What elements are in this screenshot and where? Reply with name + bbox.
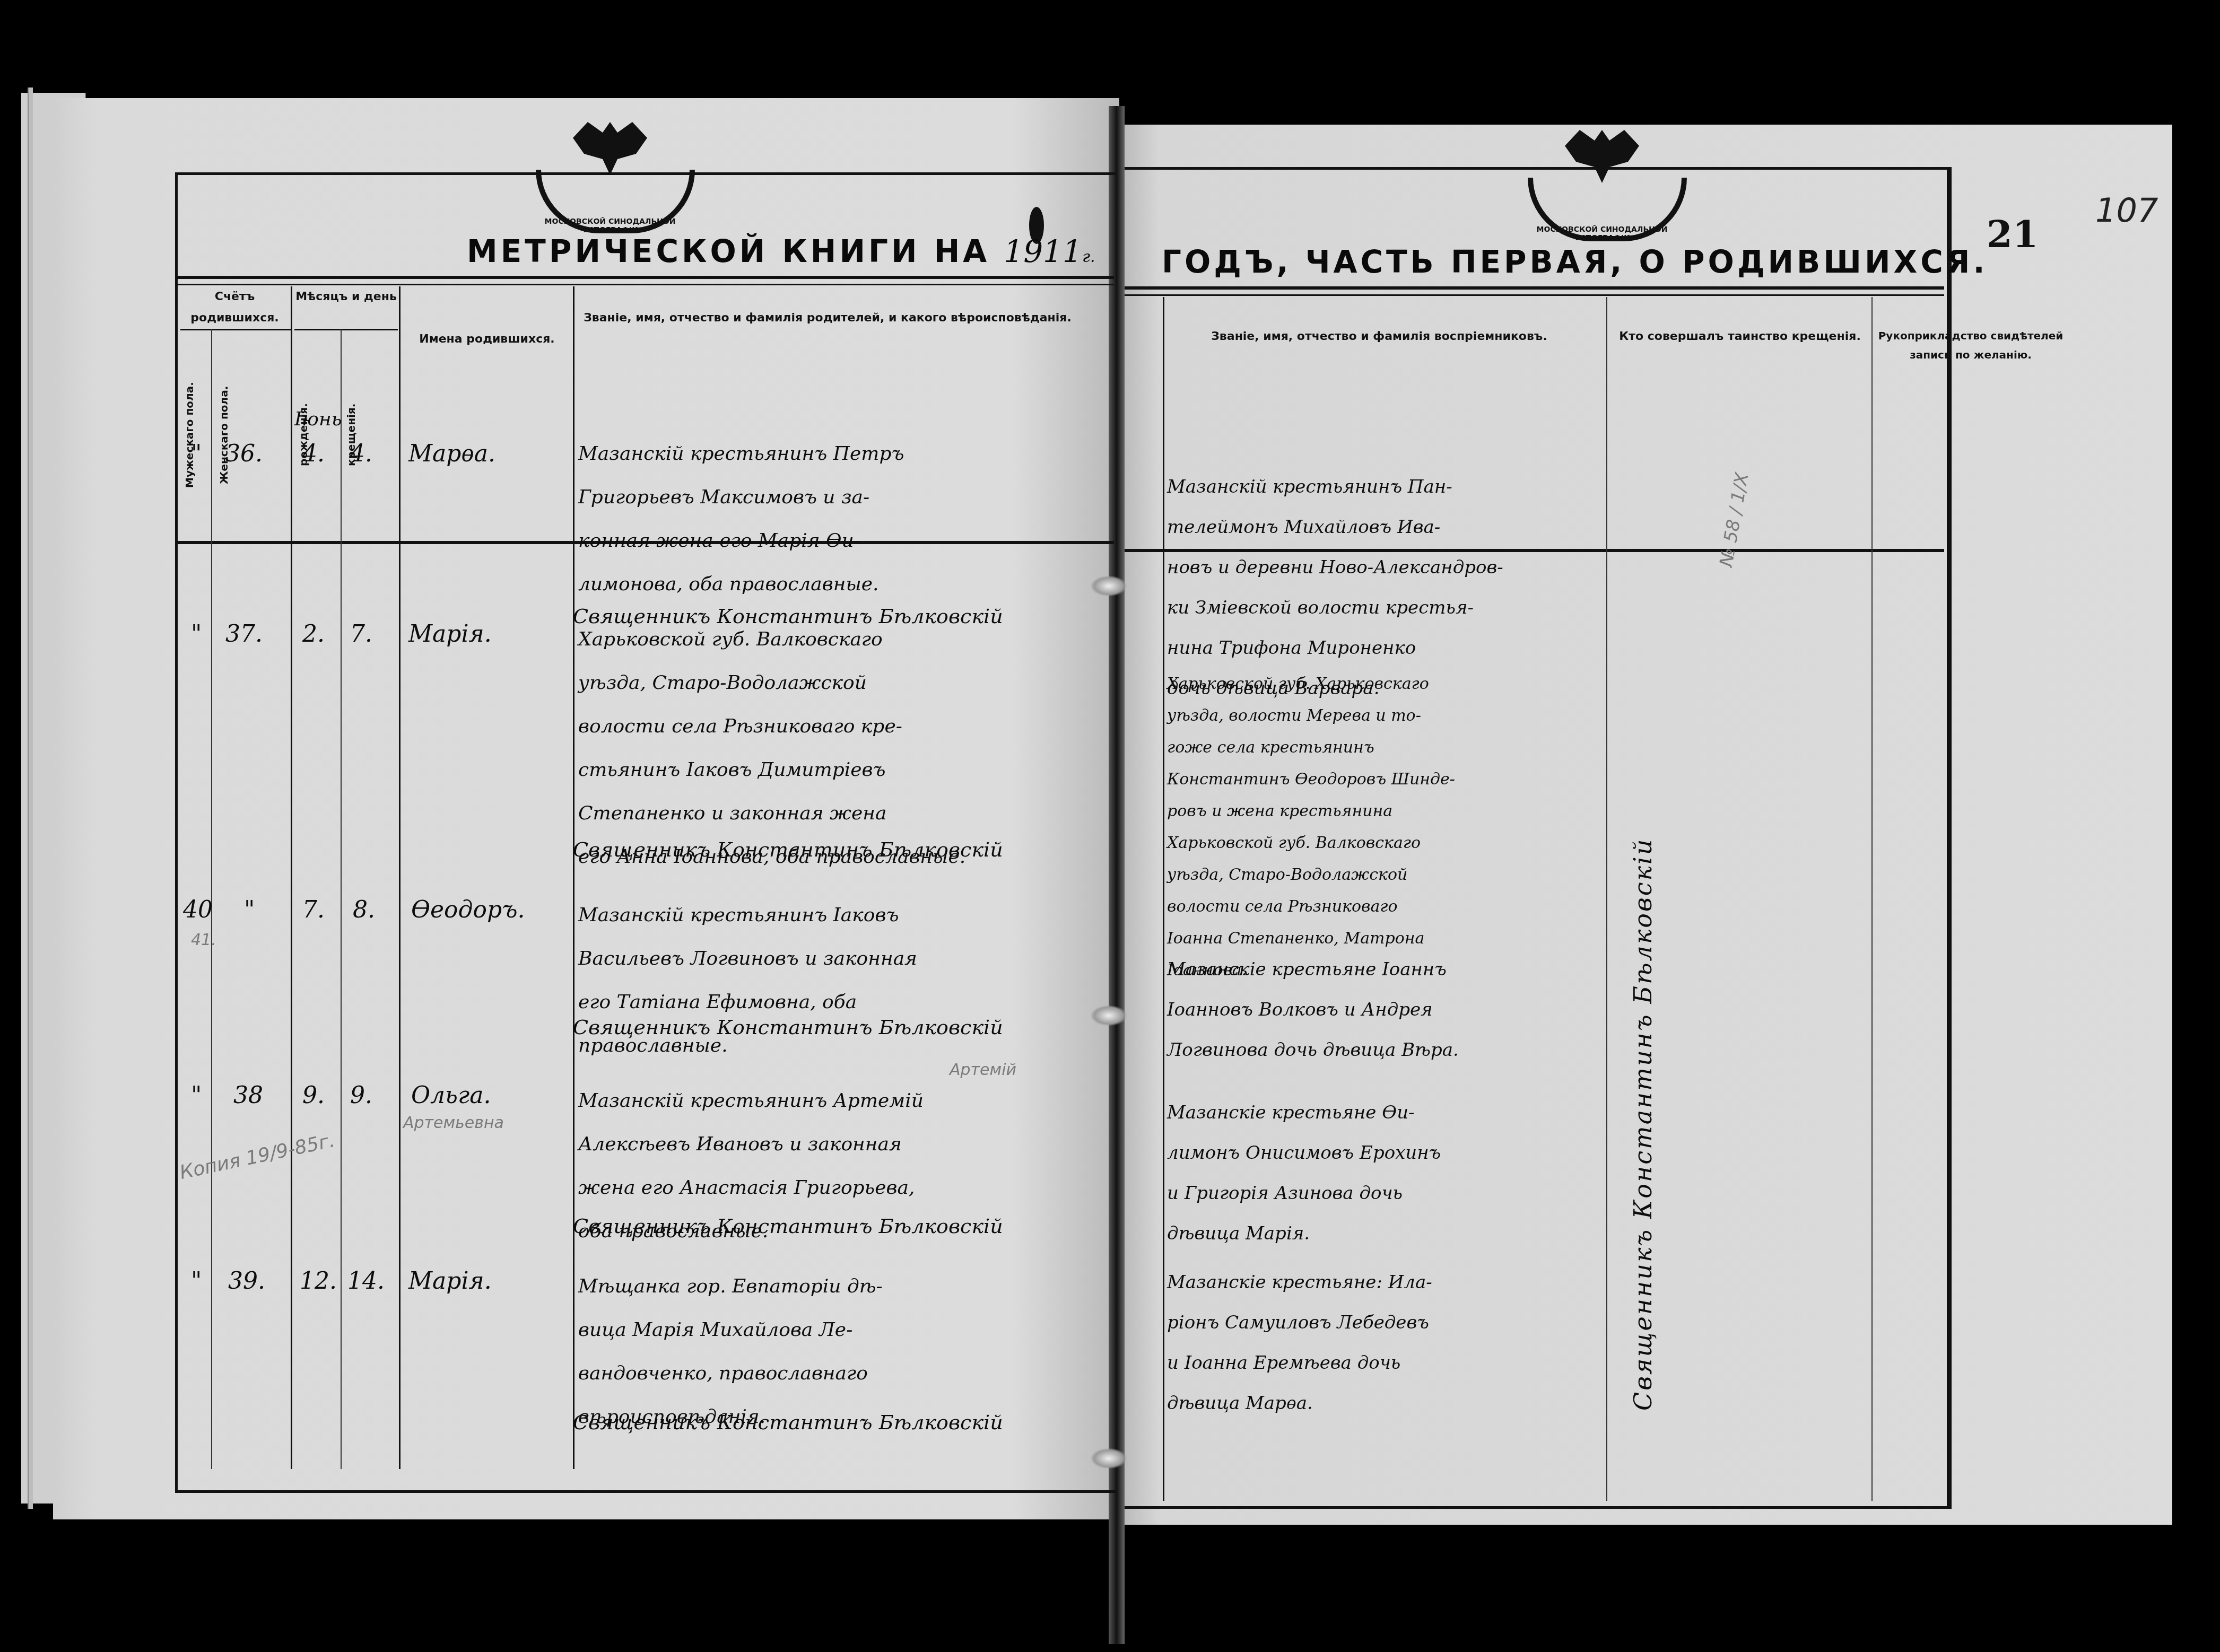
birth-day: 9. — [302, 1082, 325, 1109]
header-parents: Званіе, имя, отчество и фамилія родителе… — [578, 308, 1077, 329]
title-year: 1911 — [1004, 233, 1082, 269]
priest-signature: Священникъ Константинъ Бѣлковскій — [573, 838, 1003, 861]
subheader-rule — [294, 329, 398, 330]
male-number: " — [191, 620, 202, 648]
title-printed: МЕТРИЧЕСКОЙ КНИГИ НА — [467, 233, 990, 269]
male-number: 40 — [183, 896, 213, 923]
crest-ribbon-text: МОСКОВСКОЙ СИНОДАЛЬНОЙ ТИПОГРАФІИ — [1522, 225, 1682, 242]
header-count-female: Женскаго пола. — [217, 334, 286, 536]
folio-number: 107 — [2095, 191, 2158, 230]
priest-signature: Священникъ Константинъ Бѣлковскій — [573, 1411, 1003, 1434]
child-name: Марія. — [408, 1268, 492, 1295]
book-scan: МОСКОВСКОЙ СИНОДАЛЬНОЙ ТИПОГРАФІИ МОСКОВ… — [0, 0, 2220, 1652]
male-number-pencil: 41. — [191, 931, 216, 949]
child-name: Ольга. — [411, 1082, 491, 1109]
title-year-suffix: г. — [1082, 248, 1095, 266]
right-page-title: ГОДЪ, ЧАСТЬ ПЕРВАЯ, О РОДИВШИХСЯ. — [1162, 244, 1988, 280]
header-rule — [1125, 294, 1944, 296]
imperial-crest-right: МОСКОВСКОЙ СИНОДАЛЬНОЙ ТИПОГРАФІИ — [1522, 130, 1682, 241]
header-rule — [175, 284, 1114, 285]
header-date-birth: рожденія. — [297, 334, 339, 536]
child-name: Марія. — [408, 620, 492, 648]
female-number: 36. — [225, 440, 263, 467]
performed-by-signature: Священникъ Константинъ Бѣлковскій — [1629, 552, 1676, 1411]
header-date-group: Мѣсяцъ и день — [294, 286, 398, 308]
baptism-day: 7. — [350, 620, 372, 648]
column-divider — [291, 286, 292, 1469]
priest-signature: Священникъ Константинъ Бѣлковскій — [573, 1016, 1003, 1039]
header-godparents: Званіе, имя, отчество и фамилія воспріем… — [1188, 326, 1570, 347]
header-count-group: Счётъ родившихся. — [180, 286, 289, 328]
female-number: 39. — [228, 1268, 265, 1295]
header-rule — [1125, 286, 1944, 290]
column-divider — [341, 329, 342, 1469]
column-divider — [573, 286, 574, 1469]
header-performed-by: Кто совершалъ таинство крещенія. — [1613, 326, 1867, 347]
baptism-day: 8. — [353, 896, 375, 923]
column-divider — [399, 286, 401, 1469]
header-witnesses: Рукоприкладство свидѣтелей записи по жел… — [1875, 326, 2066, 364]
child-patronymic-pencil: Артемьевна — [403, 1114, 504, 1132]
birth-day: 4. — [302, 440, 325, 467]
eagle-icon — [573, 122, 647, 175]
birth-day: 12. — [300, 1268, 337, 1295]
female-number: " — [244, 896, 255, 923]
subheader-rule — [180, 329, 292, 330]
header-names: Имена родившихся. — [402, 329, 572, 350]
parents-text: Мазанскій крестьянинъ Іаковъ Васильевъ Л… — [578, 894, 1082, 1068]
female-number: 38 — [233, 1082, 263, 1109]
header-rule — [175, 276, 1114, 279]
page-number: 21 — [1987, 212, 2038, 256]
birth-day: 2. — [302, 620, 325, 648]
left-page-title: МЕТРИЧЕСКОЙ КНИГИ НА 1911г. — [467, 233, 1095, 269]
column-divider — [1606, 297, 1607, 1501]
child-name: Марѳа. — [408, 440, 495, 467]
baptism-day: 9. — [350, 1082, 372, 1109]
male-number: " — [191, 1082, 202, 1109]
column-divider — [1871, 297, 1873, 1501]
parent-name-pencil: Артемій — [950, 1061, 1016, 1079]
male-number: " — [191, 440, 202, 467]
godparents-text: Мазанскіе крестьяне: Ила- ріонъ Самуилов… — [1167, 1262, 1602, 1423]
female-number: 37. — [225, 620, 263, 648]
imperial-crest-left: МОСКОВСКОЙ СИНОДАЛЬНОЙ ТИПОГРАФІИ — [530, 122, 690, 233]
month-note: Іюнь — [294, 408, 342, 430]
eagle-icon — [1565, 130, 1639, 183]
crest-ribbon-text: МОСКОВСКОЙ СИНОДАЛЬНОЙ ТИПОГРАФІИ — [530, 217, 690, 234]
godparents-text: Мазанскіе крестьяне Іоаннъ Іоанновъ Волк… — [1167, 949, 1602, 1070]
baptism-day: 4. — [350, 440, 372, 467]
priest-signature: Священникъ Константинъ Бѣлковскій — [573, 1214, 1003, 1238]
birth-day: 7. — [302, 896, 325, 923]
header-count-male: Мужескаго пола. — [183, 334, 210, 536]
header-date-baptism: крещенія. — [345, 334, 395, 536]
godparents-text: Мазанскіе крестьяне Ѳи- лимонъ Онисимовъ… — [1167, 1092, 1602, 1254]
godparents-text: Харьковской губ. Харьковскаго уѣзда, вол… — [1167, 668, 1602, 986]
parents-text: Мазанскій крестьянинъ Петръ Григорьевъ М… — [578, 432, 1082, 606]
child-name: Ѳеодоръ. — [411, 896, 525, 923]
male-number: " — [191, 1268, 202, 1295]
column-divider — [1163, 297, 1164, 1501]
baptism-day: 14. — [347, 1268, 385, 1295]
